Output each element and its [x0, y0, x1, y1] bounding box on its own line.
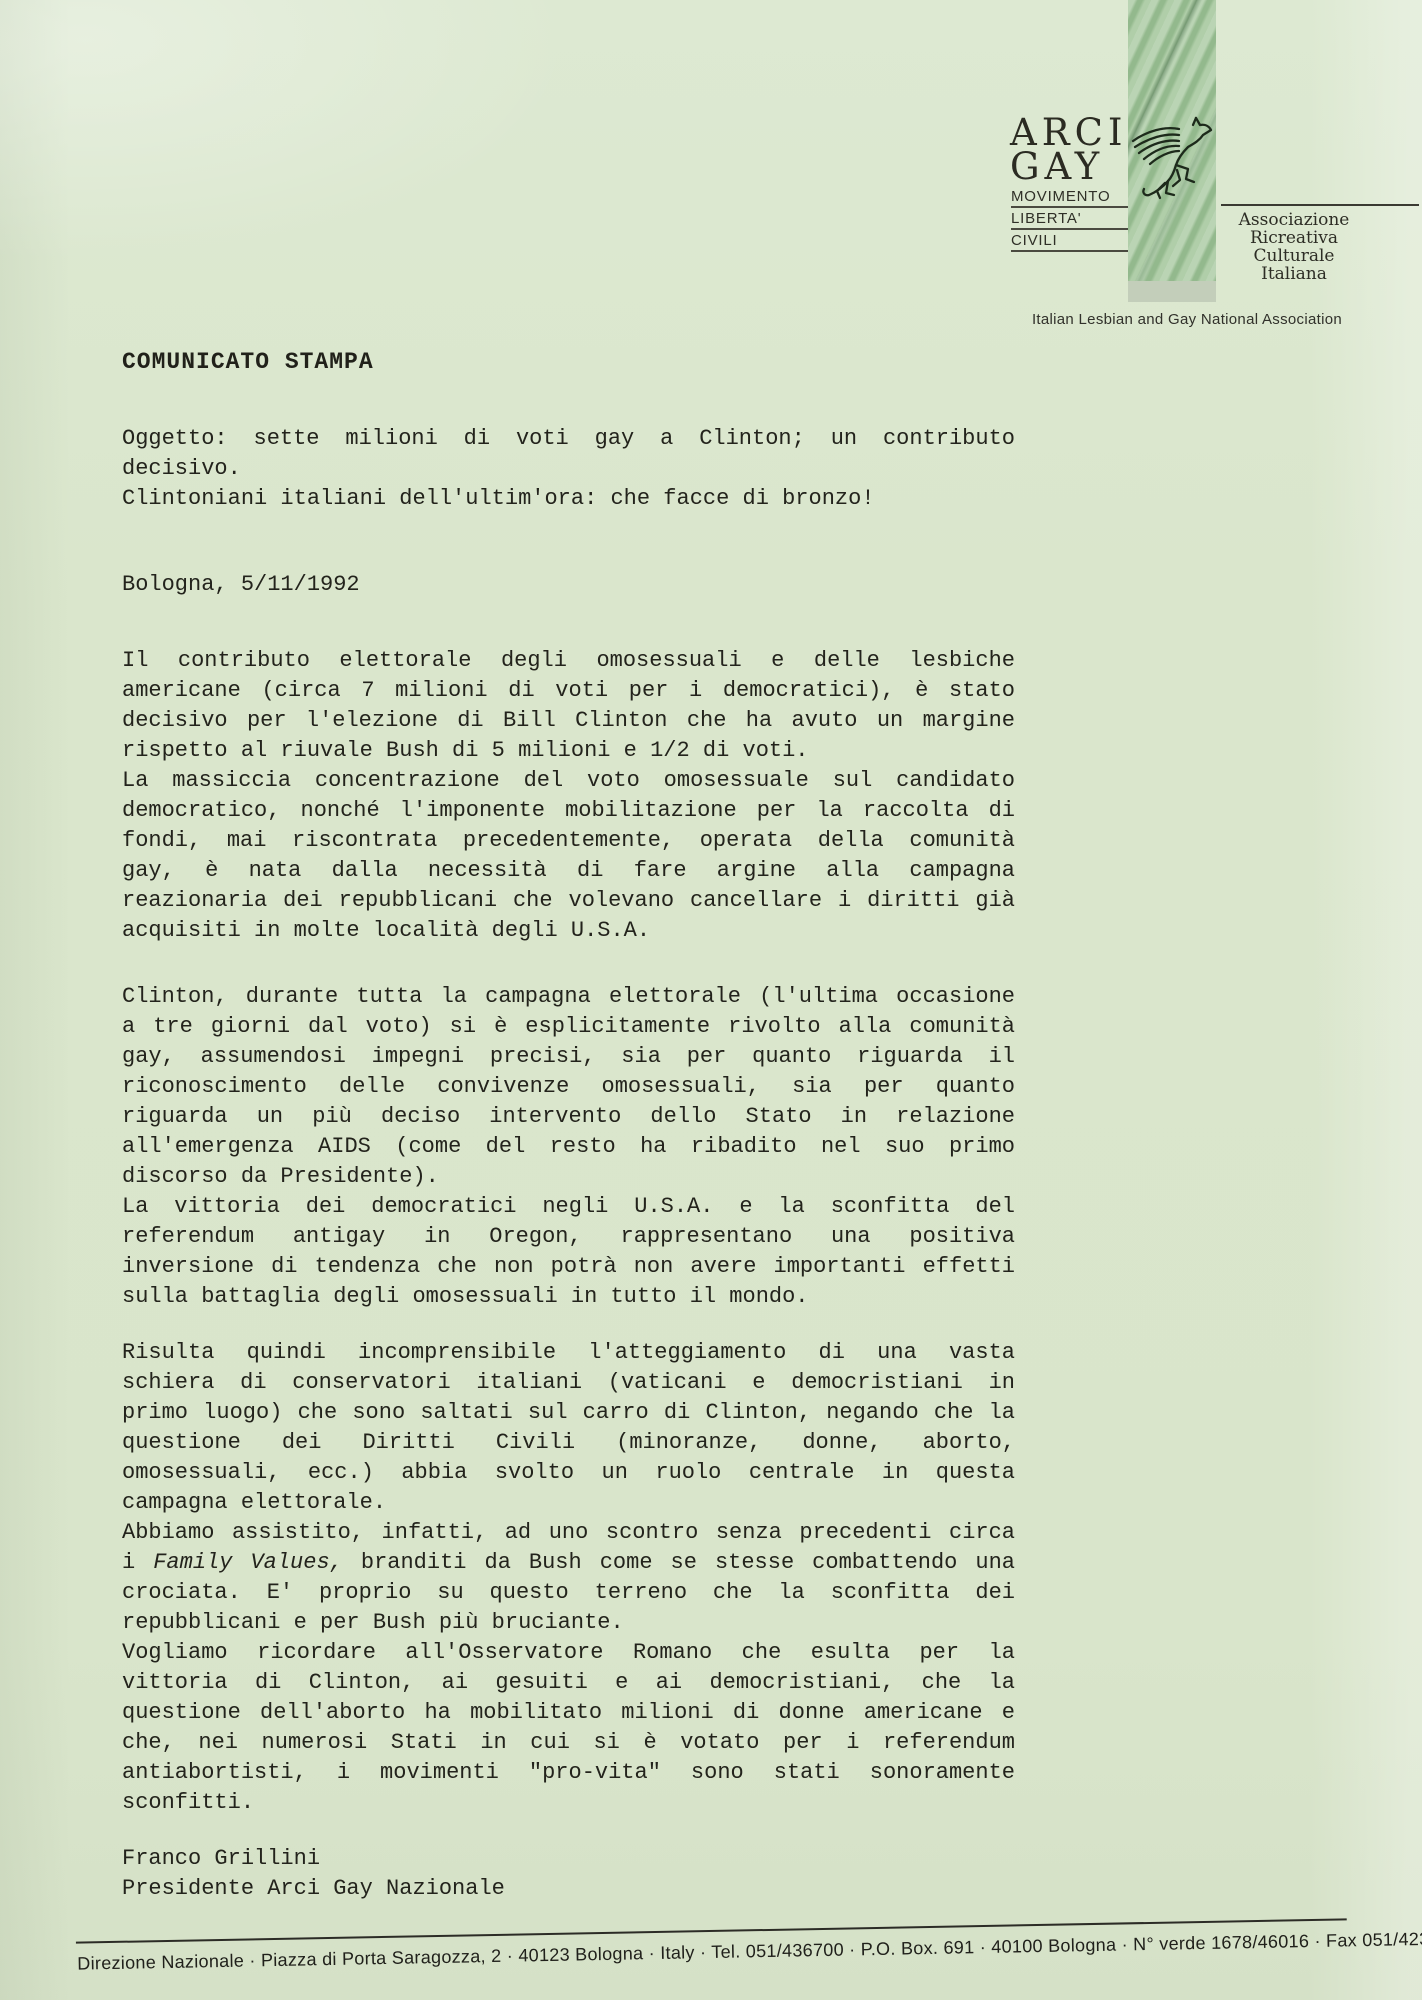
text-line: Italiana: [1218, 265, 1370, 283]
text-line: a tre giorni dal voto) si è esplicitamen…: [122, 1012, 1015, 1042]
text-line: crociata. E' proprio su questo terreno c…: [122, 1578, 1015, 1608]
document-body: Oggetto: sette milioni di voti gay a Cli…: [122, 424, 1015, 1904]
association-divider-line: [1221, 204, 1419, 206]
text-line: Oggetto: sette milioni di voti gay a Cli…: [122, 424, 1015, 454]
text-line: LIBERTA': [1011, 211, 1130, 230]
text-line: repubblicani e per Bush più bruciante.: [122, 1608, 1015, 1638]
green-stripe-foot: [1128, 281, 1216, 302]
text-line: riconoscimento delle convivenze omosessu…: [122, 1072, 1015, 1102]
text-line: sconfitti.: [122, 1788, 1015, 1818]
text-line: i Family Values, branditi da Bush come s…: [122, 1548, 1015, 1578]
paragraph-1: Il contributo elettorale degli omosessua…: [122, 646, 1015, 946]
press-release-heading: COMUNICATO STAMPA: [122, 349, 374, 375]
text-line: omosessuali, ecc.) abbia svolto un ruolo…: [122, 1458, 1015, 1488]
text-line: schiera di conservatori italiani (vatica…: [122, 1368, 1015, 1398]
text-line: La massiccia concentrazione del voto omo…: [122, 766, 1015, 796]
signature-block: Franco GrilliniPresidente Arci Gay Nazio…: [122, 1844, 1015, 1904]
org-name-gay: GAY: [1010, 150, 1104, 184]
text-line: Il contributo elettorale degli omosessua…: [122, 646, 1015, 676]
text-line: Franco Grillini: [122, 1844, 1015, 1874]
text-line: referendum antigay in Oregon, rappresent…: [122, 1222, 1015, 1252]
text-line: Abbiamo assistito, infatti, ad uno scont…: [122, 1518, 1015, 1548]
text-line: antiabortisti, i movimenti "pro-vita" so…: [122, 1758, 1015, 1788]
text-line: riguarda un più deciso intervento dello …: [122, 1102, 1015, 1132]
text-line: gay, assumendosi impegni precisi, sia pe…: [122, 1042, 1015, 1072]
text-line: questione dell'aborto ha mobilitato mili…: [122, 1698, 1015, 1728]
text-line: decisivo.: [122, 454, 1015, 484]
text-line: reazionaria dei repubblicani che volevan…: [122, 886, 1015, 916]
text-line: La vittoria dei democratici negli U.S.A.…: [122, 1192, 1015, 1222]
text-line: che, nei numerosi Stati in cui si è vota…: [122, 1728, 1015, 1758]
footer: Direzione Nazionale · Piazza di Porta Sa…: [0, 1905, 1422, 1976]
text-line: decisivo per l'elezione di Bill Clinton …: [122, 706, 1015, 736]
text-line: acquisiti in molte località degli U.S.A.: [122, 916, 1015, 946]
footer-address: Direzione Nazionale · Piazza di Porta Sa…: [77, 1929, 1422, 1975]
text-line: Culturale: [1218, 247, 1370, 265]
text-line: americane (circa 7 milioni di voti per i…: [122, 676, 1015, 706]
subject-block: Oggetto: sette milioni di voti gay a Cli…: [122, 424, 1015, 514]
text-line: Vogliamo ricordare all'Osservatore Roman…: [122, 1638, 1015, 1668]
english-association-subtitle: Italian Lesbian and Gay National Associa…: [922, 311, 1342, 328]
movement-motto: MOVIMENTOLIBERTA'CIVILI: [1011, 189, 1130, 255]
text-line: inversione di tendenza che non potrà non…: [122, 1252, 1015, 1282]
text-line: gay, è nata dalla necessità di fare argi…: [122, 856, 1015, 886]
text-line: Presidente Arci Gay Nazionale: [122, 1874, 1015, 1904]
pegasus-logo-icon: [1126, 110, 1216, 206]
text-line: fondi, mai riscontrata precedentemente, …: [122, 826, 1015, 856]
text-line: Associazione: [1218, 211, 1370, 229]
text-line: questione dei Diritti Civili (minoranze,…: [122, 1428, 1015, 1458]
text-line: primo luogo) che sono saltati sul carro …: [122, 1398, 1015, 1428]
text-line: democratico, nonché l'imponente mobilita…: [122, 796, 1015, 826]
text-line: Clinton, durante tutta la campagna elett…: [122, 982, 1015, 1012]
text-line: Clintoniani italiani dell'ultim'ora: che…: [122, 484, 1015, 514]
text-line: sulla battaglia degli omosessuali in tut…: [122, 1282, 1015, 1312]
paragraph-3: Risulta quindi incomprensibile l'atteggi…: [122, 1338, 1015, 1818]
text-line: all'emergenza AIDS (come del resto ha ri…: [122, 1132, 1015, 1162]
dateline: Bologna, 5/11/1992: [122, 570, 1015, 600]
text-line: MOVIMENTO: [1011, 189, 1130, 208]
text-line: CIVILI: [1011, 233, 1130, 252]
text-line: vittoria di Clinton, ai gesuiti e ai dem…: [122, 1668, 1015, 1698]
paragraph-2: Clinton, durante tutta la campagna elett…: [122, 982, 1015, 1312]
text-line: discorso da Presidente).: [122, 1162, 1015, 1192]
text-line: Ricreativa: [1218, 229, 1370, 247]
association-name: AssociazioneRicreativaCulturaleItaliana: [1218, 211, 1370, 283]
text-line: Risulta quindi incomprensibile l'atteggi…: [122, 1338, 1015, 1368]
text-line: rispetto al riuvale Bush di 5 milioni e …: [122, 736, 1015, 766]
text-line: campagna elettorale.: [122, 1488, 1015, 1518]
scanned-press-release-page: ARCI GAY MOVIMENTOLIBERTA'CIVILI Associa…: [0, 0, 1422, 2000]
